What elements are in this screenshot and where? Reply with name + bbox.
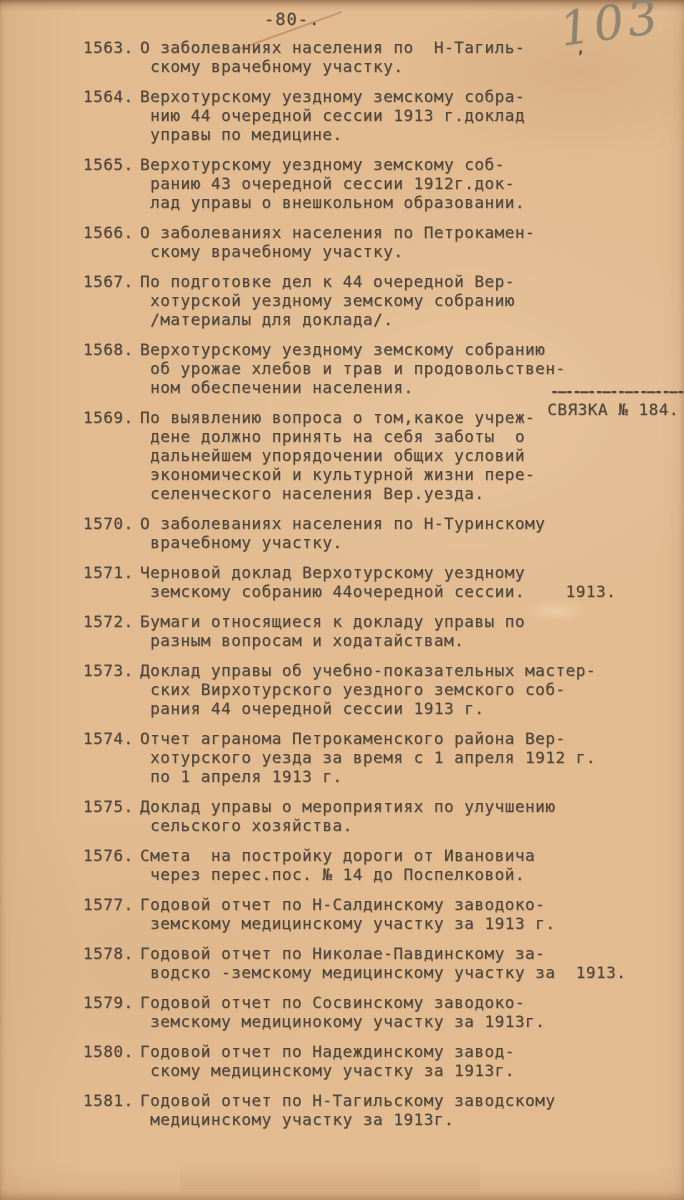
entry-line: водско -земскому медицинскому участку за… — [140, 963, 684, 982]
entry-lines: По подготовке дел к 44 очередной Вер- хо… — [140, 272, 684, 329]
inventory-entry: 1564. Верхотурскому уездному земскому со… — [83, 87, 684, 144]
entry-number: 1569. — [83, 408, 140, 503]
entry-line: об урожае хлебов и трав и продовольствен… — [140, 359, 684, 378]
inventory-entry: 1563. О заболеваниях населения по Н-Таги… — [83, 38, 684, 76]
inventory-entry: 1580. Годовой отчет по Надеждинскому зав… — [83, 1042, 684, 1080]
entry-number: 1574. — [83, 729, 140, 786]
entry-lines: По выявлению вопроса о том,какое учреж- … — [140, 408, 684, 503]
entry-line: по 1 апреля 1913 г. — [140, 767, 684, 786]
entry-lines: Черновой доклад Верхотурскому уездному з… — [140, 563, 684, 601]
entry-number: 1579. — [83, 993, 140, 1031]
entry-lines: Доклад управы о мероприятиях по улучшени… — [140, 797, 684, 835]
inventory-entry: 1569. По выявлению вопроса о том,какое у… — [83, 408, 684, 503]
bundle-dashed-line: -—--—--—--—--—--—- — [534, 386, 684, 398]
entry-line: скому медицинскому участку за 1913г. — [140, 1061, 684, 1080]
entry-number: 1565. — [83, 155, 140, 212]
entry-line: лад управы о внешкольном образовании. — [140, 193, 684, 212]
entry-line: медицинскому участку за 1913г. — [140, 1110, 684, 1129]
entry-line: Доклад управы о мероприятиях по улучшени… — [140, 797, 684, 816]
entry-line: О заболеваниях населения по Н-Туринскому — [140, 514, 684, 533]
entry-lines: О заболеваниях населения по Н-Туринскому… — [140, 514, 684, 552]
entry-line: Верхотурскому уездному земскому собра- — [140, 87, 684, 106]
entry-line: Годовой отчет по Надеждинскому завод- — [140, 1042, 684, 1061]
entry-lines: Годовой отчет по Сосвинскому заводоко- з… — [140, 993, 684, 1031]
entry-number: 1563. — [83, 38, 140, 76]
entry-line: Годовой отчет по Николае-Павдинскому за- — [140, 944, 684, 963]
inventory-entry: 1574. Отчет агранома Петрокаменского рай… — [83, 729, 684, 786]
entry-number: 1580. — [83, 1042, 140, 1080]
entry-number: 1568. — [83, 340, 140, 397]
entry-line: Отчет агранома Петрокаменского района Ве… — [140, 729, 684, 748]
inventory-entry: 1565. Верхотурскому уездному земскому со… — [83, 155, 684, 212]
entry-line: Черновой доклад Верхотурскому уездному — [140, 563, 684, 582]
entry-number: 1570. — [83, 514, 140, 552]
entry-line: дальнейшем упорядочении общих условий — [140, 446, 684, 465]
entry-lines: Годовой отчет по Николае-Павдинскому за-… — [140, 944, 684, 982]
entry-number: 1566. — [83, 223, 140, 261]
entry-lines: Верхотурскому уездному земскому собра- н… — [140, 87, 684, 144]
entry-line: /материалы для доклада/. — [140, 310, 684, 329]
entry-line: Верхотурскому уездному земскому собранию — [140, 340, 684, 359]
entry-line: селенческого населения Вер.уезда. — [140, 484, 684, 503]
entry-line: О заболеваниях населения по Петрокамен- — [140, 223, 684, 242]
document-page: -80-. 103 1563. О заболеваниях населения… — [0, 0, 684, 1200]
inventory-entry: 1570. О заболеваниях населения по Н-Тури… — [83, 514, 684, 552]
inventory-entry: 1566. О заболеваниях населения по Петрок… — [83, 223, 684, 261]
entry-line: земскому медицинскому участку за 1913 г. — [140, 914, 684, 933]
inventory-entry: 1578. Годовой отчет по Николае-Павдинско… — [83, 944, 684, 982]
entry-line: врачебному участку. — [140, 533, 684, 552]
entry-line: дене должно принять на себя заботы о — [140, 427, 684, 446]
entry-lines: Отчет агранома Петрокаменского района Ве… — [140, 729, 684, 786]
entry-line: управы по медицине. — [140, 125, 684, 144]
entry-number: 1578. — [83, 944, 140, 982]
entry-number: 1572. — [83, 612, 140, 650]
entry-number: 1573. — [83, 661, 140, 718]
inventory-entry: 1581. Годовой отчет по Н-Тагильскому зав… — [83, 1091, 684, 1129]
entry-line: ранию 43 очередной сессии 1912г.док- — [140, 174, 684, 193]
inventory-entry: 1576. Смета на постройку дороги от Ивано… — [83, 846, 684, 884]
entry-line: скому врачебному участку. — [140, 57, 684, 76]
entry-line: экономической и культурной жизни пере- — [140, 465, 684, 484]
entry-number: 1576. — [83, 846, 140, 884]
entry-line: скому врачебному участку. — [140, 242, 684, 261]
entry-line: земскому собранию 44очередной сессии. 19… — [140, 582, 684, 601]
entry-line: Бумаги относящиеся к докладу управы по — [140, 612, 684, 631]
bundle-annotation: -—--—--—--—--—--—- СВЯЗКА № 184. — [524, 386, 684, 419]
entry-line: рания 44 очередной сессии 1913 г. — [140, 699, 684, 718]
entry-line: По подготовке дел к 44 очередной Вер- — [140, 272, 684, 291]
entry-number: 1564. — [83, 87, 140, 144]
entry-line: Годовой отчет по Н-Тагильскому заводском… — [140, 1091, 684, 1110]
inventory-entry: 1577. Годовой отчет по Н-Салдинскому зав… — [83, 895, 684, 933]
entry-line: разным вопросам и ходатайствам. — [140, 631, 684, 650]
inventory-entry: 1579. Годовой отчет по Сосвинскому завод… — [83, 993, 684, 1031]
entry-line: ских Вирхотурского уездного земского соб… — [140, 680, 684, 699]
entry-line: Доклад управы об учебно-показательных ма… — [140, 661, 684, 680]
entry-lines: Годовой отчет по Надеждинскому завод- ск… — [140, 1042, 684, 1080]
entry-line: Смета на постройку дороги от Ивановича — [140, 846, 684, 865]
paper-shadow — [180, 1160, 480, 1190]
entry-line: хотурской уездному земскому собранию — [140, 291, 684, 310]
inventory-entries-list: 1563. О заболеваниях населения по Н-Таги… — [0, 0, 684, 1140]
entry-line: земскому медицинокому участку за 1913г. — [140, 1012, 684, 1031]
inventory-entry: 1572. Бумаги относящиеся к докладу управ… — [83, 612, 684, 650]
bundle-label: СВЯЗКА № 184. — [524, 400, 684, 419]
inventory-entry: 1571. Черновой доклад Верхотурскому уезд… — [83, 563, 684, 601]
entry-line: Годовой отчет по Н-Салдинскому заводоко- — [140, 895, 684, 914]
entry-lines: О заболеваниях населения по Н-Тагиль- , … — [140, 38, 684, 76]
entry-line: Годовой отчет по Сосвинскому заводоко- — [140, 993, 684, 1012]
entry-line: О заболеваниях населения по Н-Тагиль- , — [140, 38, 684, 57]
entry-line: хотурского уезда за время с 1 апреля 191… — [140, 748, 684, 767]
entry-lines: Бумаги относящиеся к докладу управы по р… — [140, 612, 684, 650]
entry-lines: О заболеваниях населения по Петрокамен- … — [140, 223, 684, 261]
entry-lines: Смета на постройку дороги от Ивановича ч… — [140, 846, 684, 884]
entry-number: 1577. — [83, 895, 140, 933]
entry-line: нию 44 очередной сессии 1913 г.доклад — [140, 106, 684, 125]
inventory-entry: 1567. По подготовке дел к 44 очередной В… — [83, 272, 684, 329]
inventory-entry: 1573. Доклад управы об учебно-показатель… — [83, 661, 684, 718]
entry-lines: Верхотурскому уездному земскому соб- ран… — [140, 155, 684, 212]
entry-lines: Годовой отчет по Н-Тагильскому заводском… — [140, 1091, 684, 1129]
entry-number: 1567. — [83, 272, 140, 329]
entry-number: 1581. — [83, 1091, 140, 1129]
entry-lines: Годовой отчет по Н-Салдинскому заводоко-… — [140, 895, 684, 933]
entry-line: сельского хозяйства. — [140, 816, 684, 835]
paper-stain — [520, 600, 590, 622]
entry-number: 1571. — [83, 563, 140, 601]
entry-lines: Доклад управы об учебно-показательных ма… — [140, 661, 684, 718]
entry-line: через перес.пос. № 14 до Поспелковой. — [140, 865, 684, 884]
entry-number: 1575. — [83, 797, 140, 835]
inventory-entry: 1575. Доклад управы о мероприятиях по ул… — [83, 797, 684, 835]
entry-line: Верхотурскому уездному земскому соб- — [140, 155, 684, 174]
